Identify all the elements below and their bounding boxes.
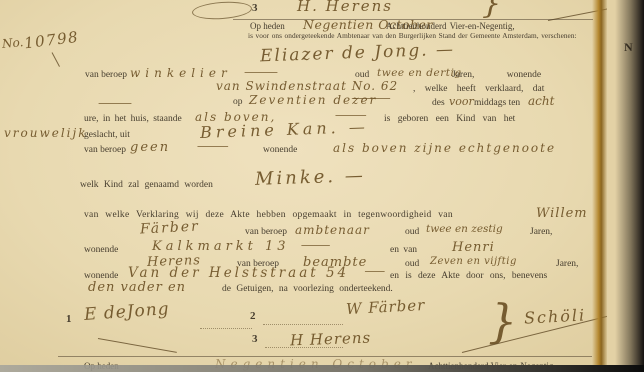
signature-father: E deJong xyxy=(83,299,170,325)
fill-dash: — xyxy=(300,238,331,252)
label-jaren-2: Jaren, xyxy=(556,259,578,269)
fill-dash: — xyxy=(243,65,279,79)
fill-dash: — xyxy=(364,264,386,278)
entry-declarant-name: Eliazer de Jong. — xyxy=(260,40,456,67)
entry-witness1-surname: Färber xyxy=(140,218,201,237)
prev-witness-signature: H. Herens xyxy=(297,0,393,15)
entry-witness2-age: Zeven en vijftig xyxy=(430,256,517,267)
entry-child-sex: vrouwelijk xyxy=(4,126,88,140)
ink-tail-stroke xyxy=(52,52,60,67)
entry-mother-residence: als boven zijne echtgenoote xyxy=(333,141,556,155)
label-van-beroep-3: van beroep xyxy=(245,227,287,237)
signature-index-3: 3 xyxy=(252,333,258,345)
entry-occupation-mother: geen xyxy=(130,140,170,155)
signature-line-2 xyxy=(263,324,343,325)
bottom-edge-shadow xyxy=(0,365,644,372)
label-jaren-wonende: Jaren, wonende xyxy=(452,70,541,80)
entry-voor: voor xyxy=(449,95,474,108)
entry-child-name: Minke. — xyxy=(255,165,366,190)
signature-line-1 xyxy=(200,328,252,329)
label-oud-2: oud xyxy=(405,227,419,237)
label-geslacht-uit: geslacht, uit xyxy=(84,130,130,140)
label-voorlezing: de Getuigen, na voorlezing onderteekend. xyxy=(222,284,393,294)
label-en-van: en van xyxy=(390,245,417,255)
record-number-value: 10798 xyxy=(23,28,80,53)
entry-witness1-firstname: Willem xyxy=(536,206,588,221)
entry-birth-hour: acht xyxy=(528,94,554,108)
book-fold xyxy=(592,0,607,372)
label-des: des xyxy=(432,98,445,108)
label-year: Achttienhonderd Vier-en-Negentig, xyxy=(386,21,515,31)
entry-witness1-address: Kalkmarkt 13 xyxy=(152,239,290,254)
label-ure-huis: ure, in het huis, staande xyxy=(84,114,182,124)
registrar-intro-text: is voor ons ondergeteekende Ambtenaar va… xyxy=(248,31,577,40)
prev-brace: } xyxy=(482,0,501,21)
entry-witness1-age: twee en zestig xyxy=(426,223,503,235)
signature-flourish xyxy=(191,0,252,21)
label-wonende-1: wonende xyxy=(263,145,297,155)
signature-underline-flourish xyxy=(98,338,177,353)
label-geboren-kind: is geboren een Kind van het xyxy=(384,114,515,124)
label-oud-3: oud xyxy=(405,259,419,269)
label-op: op xyxy=(233,97,243,107)
signature-witness2: H Herens xyxy=(290,329,372,350)
label-op-heden: Op heden xyxy=(250,21,285,31)
fill-dash: — xyxy=(97,96,133,110)
signature-index-2: 2 xyxy=(250,310,256,322)
prev-witness-index: 3 xyxy=(252,2,258,14)
label-jaren-1: Jaren, xyxy=(530,227,552,237)
record-number-label: No. xyxy=(1,35,23,51)
entry-witness1-occupation: ambtenaar xyxy=(295,223,370,237)
label-kind-genaamd: welk Kind zal genaamd worden xyxy=(80,180,213,190)
entry-witness2-address: Van der Helststraat 54 xyxy=(128,265,349,281)
signature-witness1: W Färber xyxy=(346,296,426,318)
register-page-scan: 3 H. Herens } No. 10798 Op heden Negenti… xyxy=(0,0,644,372)
fill-dash: — xyxy=(350,91,392,105)
label-akte-door-ons: en is deze Akte door ons, benevens xyxy=(390,271,547,281)
label-van-beroep-1: van beroep xyxy=(85,70,127,80)
entry-witness2-firstname: Henri xyxy=(452,240,495,255)
fill-dash: — xyxy=(196,139,230,153)
label-wonende-2: wonende xyxy=(84,245,118,255)
entry-occupation-declarant: winkelier xyxy=(130,66,232,80)
label-van-beroep-2: van beroep xyxy=(84,145,126,155)
entry-age-declarant: twee en dertig xyxy=(377,67,462,79)
signature-index-1: 1 xyxy=(66,313,72,325)
label-middags-ten: middags ten xyxy=(474,98,520,108)
entry-den-vader-en: den vader en xyxy=(88,280,186,295)
right-edge-shadow xyxy=(615,0,644,372)
label-verklaring-getuigen: van welke Verklaring wij deze Akte hebbe… xyxy=(84,210,453,220)
label-verklaard: , welke heeft verklaard, dat xyxy=(413,84,544,94)
